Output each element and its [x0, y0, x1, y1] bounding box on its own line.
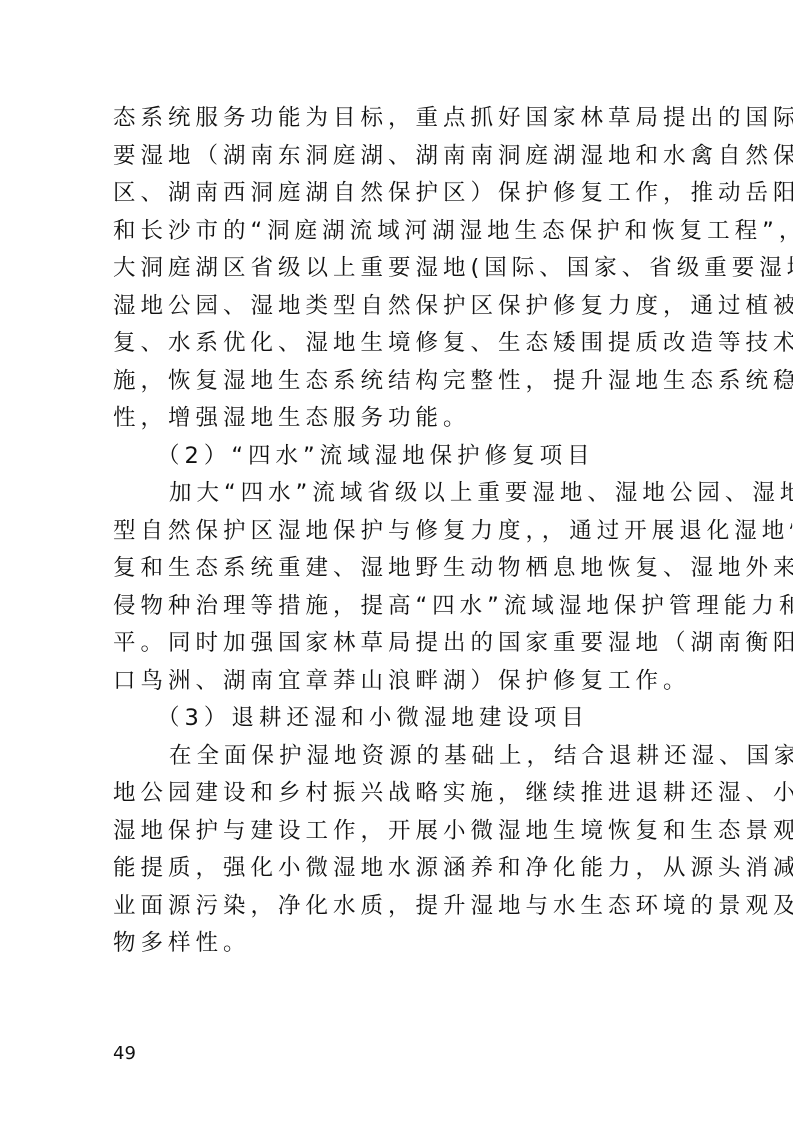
text-line: 要湿地（湖南东洞庭湖、湖南南洞庭湖湿地和水禽自然保护: [113, 138, 675, 176]
document-page: 态系统服务功能为目标，重点抓好国家林草局提出的国际重 要湿地（湖南东洞庭湖、湖南…: [113, 100, 675, 963]
text-line: 能提质，强化小微湿地水源涵养和净化能力，从源头消减农: [113, 850, 675, 888]
text-line: 区、湖南西洞庭湖自然保护区）保护修复工作，推动岳阳市: [113, 175, 675, 213]
text-line: 复和生态系统重建、湿地野生动物栖息地恢复、湿地外来入: [113, 550, 675, 588]
text-line: 侵物种治理等措施，提高“四水”流域湿地保护管理能力和水: [113, 588, 675, 626]
text-line: 湿地公园、湿地类型自然保护区保护修复力度，通过植被恢: [113, 288, 675, 326]
text-line: 湿地保护与建设工作，开展小微湿地生境恢复和生态景观功: [113, 813, 675, 851]
page-number: 49: [113, 1043, 136, 1064]
section-heading-2: （2）“四水”流域湿地保护修复项目: [113, 438, 675, 476]
text-line: 业面源污染，净化水质，提升湿地与水生态环境的景观及生: [113, 888, 675, 926]
text-line: 态系统服务功能为目标，重点抓好国家林草局提出的国际重: [113, 100, 675, 138]
text-line: 型自然保护区湿地保护与修复力度，，通过开展退化湿地恢: [113, 513, 675, 551]
paragraph-start: 加大“四水”流域省级以上重要湿地、湿地公园、湿地类: [113, 475, 675, 513]
text-line: 性，增强湿地生态服务功能。: [113, 400, 675, 438]
text-line: 和长沙市的“洞庭湖流域河湖湿地生态保护和恢复工程”，加: [113, 213, 675, 251]
text-line: 施，恢复湿地生态系统结构完整性，提升湿地生态系统稳定: [113, 363, 675, 401]
text-line: 口鸟洲、湖南宜章莽山浪畔湖）保护修复工作。: [113, 663, 675, 701]
text-line: 地公园建设和乡村振兴战略实施，继续推进退耕还湿、小微: [113, 775, 675, 813]
section-heading-3: （3）退耕还湿和小微湿地建设项目: [113, 700, 675, 738]
text-line: 复、水系优化、湿地生境修复、生态矮围提质改造等技术措: [113, 325, 675, 363]
text-line: 大洞庭湖区省级以上重要湿地(国际、国家、省级重要湿地)、: [113, 250, 675, 288]
paragraph-start: 在全面保护湿地资源的基础上，结合退耕还湿、国家湿: [113, 738, 675, 776]
text-line: 物多样性。: [113, 925, 675, 963]
text-line: 平。同时加强国家林草局提出的国家重要湿地（湖南衡阳江: [113, 625, 675, 663]
